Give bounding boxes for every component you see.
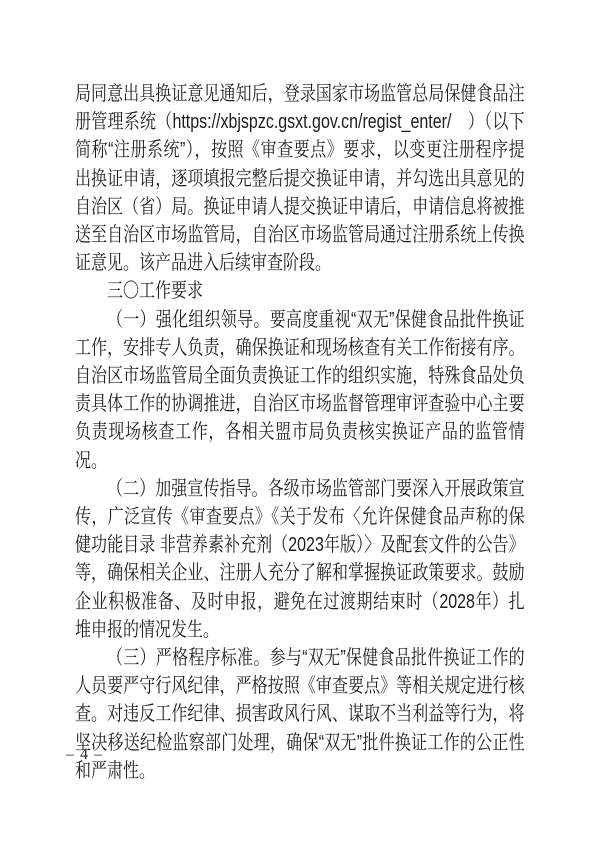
paragraph: （二）加强宣传指导。各级市场监管部门要深入开展政策宣传，广泛宣传《审查要点》《关… bbox=[75, 475, 525, 644]
body-text: 局同意出具换证意见通知后，登录国家市场监管总局保健食品注册管理系统（https:… bbox=[75, 80, 525, 785]
paragraph: 局同意出具换证意见通知后，登录国家市场监管总局保健食品注册管理系统（https:… bbox=[75, 80, 525, 277]
paragraph: （三）严格程序标准。参与“双无”保健食品批件换证工作的人员要严守行风纪律，严格按… bbox=[75, 644, 525, 785]
document-page: 局同意出具换证意见通知后，登录国家市场监管总局保健食品注册管理系统（https:… bbox=[0, 0, 595, 842]
paragraph: （一）强化组织领导。要高度重视“双无”保健食品批件换证工作，安排专人负责，确保换… bbox=[75, 306, 525, 475]
page-number: – 4 – bbox=[66, 746, 103, 764]
section-heading: 三〇工作要求 bbox=[75, 277, 525, 305]
